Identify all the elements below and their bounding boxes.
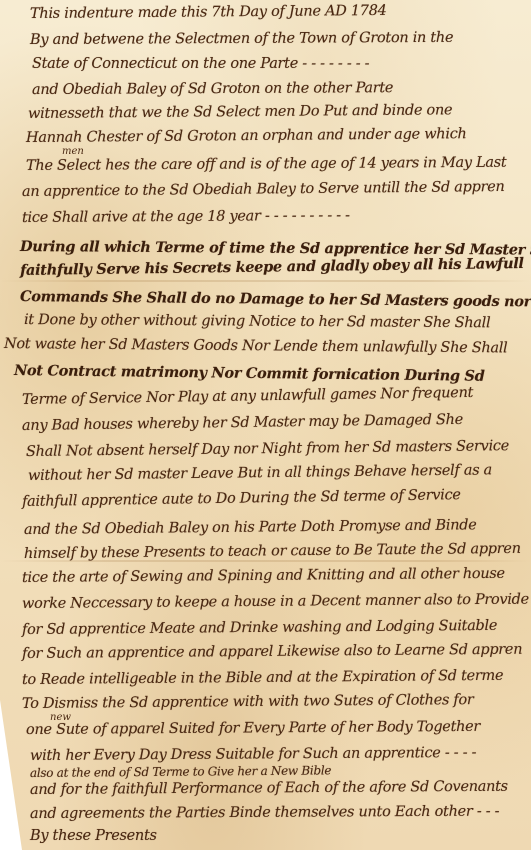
manuscript-line: any Bad houses whereby her Sd Master may… bbox=[22, 412, 463, 434]
manuscript-line: it Done by other without giving Notice t… bbox=[24, 312, 490, 331]
manuscript-line: This indenture made this 7th Day of June… bbox=[30, 3, 387, 22]
manuscript-line: By these Presents bbox=[30, 828, 157, 844]
manuscript-line: faithfull apprentice aute to Do During t… bbox=[22, 487, 461, 510]
manuscript-line: Hannah Chester of Sd Groton an orphan an… bbox=[26, 126, 467, 146]
manuscript-line: Not waste her Sd Masters Goods Nor Lende… bbox=[4, 336, 508, 356]
manuscript-line: also at the end of Sd Terme to Give her … bbox=[30, 763, 331, 780]
manuscript-line: one Sute of apparel Suited for Every Par… bbox=[26, 719, 480, 738]
manuscript-line: an apprentice to the Sd Obediah Baley to… bbox=[22, 179, 505, 200]
manuscript-line: To Dismiss the Sd apprentice with with t… bbox=[22, 692, 474, 712]
manuscript-line: and for the faithfull Performance of Eac… bbox=[30, 779, 508, 798]
manuscript-line: tice the arte of Sewing and Spining and … bbox=[22, 566, 505, 586]
manuscript-line: and Obediah Baley of Sd Groton on the ot… bbox=[32, 80, 393, 98]
manuscript-line: for Such an apprentice and apparel Likew… bbox=[22, 642, 522, 662]
manuscript-line: to Reade intelligeable in the Bible and … bbox=[22, 668, 503, 688]
manuscript-line: By and betwene the Selectmen of the Town… bbox=[30, 30, 453, 48]
manuscript-line: Commands She Shall do no Damage to her S… bbox=[20, 288, 531, 311]
manuscript-line: and the Sd Obediah Baley on his Parte Do… bbox=[24, 517, 477, 538]
manuscript-line: Shall Not absent herself Day nor Night f… bbox=[26, 438, 509, 460]
manuscript-line: State of Connecticut on the one Parte - … bbox=[32, 56, 369, 72]
manuscript-line: without her Sd master Leave But in all t… bbox=[28, 462, 492, 484]
manuscript-line: Terme of Service Nor Play at any unlawfu… bbox=[22, 385, 473, 408]
interlinear-note: men bbox=[62, 146, 84, 157]
manuscript-line: The Select hes the care off and is of th… bbox=[26, 155, 507, 174]
manuscript-line: for Sd apprentice Meate and Drinke washi… bbox=[22, 618, 497, 638]
manuscript-line: himself by these Presents to teach or ca… bbox=[24, 541, 521, 562]
manuscript-line: worke Neccessary to keepe a house in a D… bbox=[22, 592, 529, 612]
manuscript-line: Not Contract matrimony Nor Commit fornic… bbox=[14, 362, 485, 385]
manuscript-line: tice Shall arive at the age 18 year - - … bbox=[22, 208, 350, 226]
manuscript-line: and agreements the Parties Binde themsel… bbox=[30, 804, 499, 822]
manuscript-line: faithfully Serve his Secrets keepe and g… bbox=[20, 255, 524, 279]
manuscript-line: with her Every Day Dress Suitable for Su… bbox=[30, 745, 476, 764]
manuscript-text: This indenture made this 7th Day of June… bbox=[0, 0, 531, 850]
manuscript-line: witnesseth that we the Sd Select men Do … bbox=[28, 102, 452, 122]
